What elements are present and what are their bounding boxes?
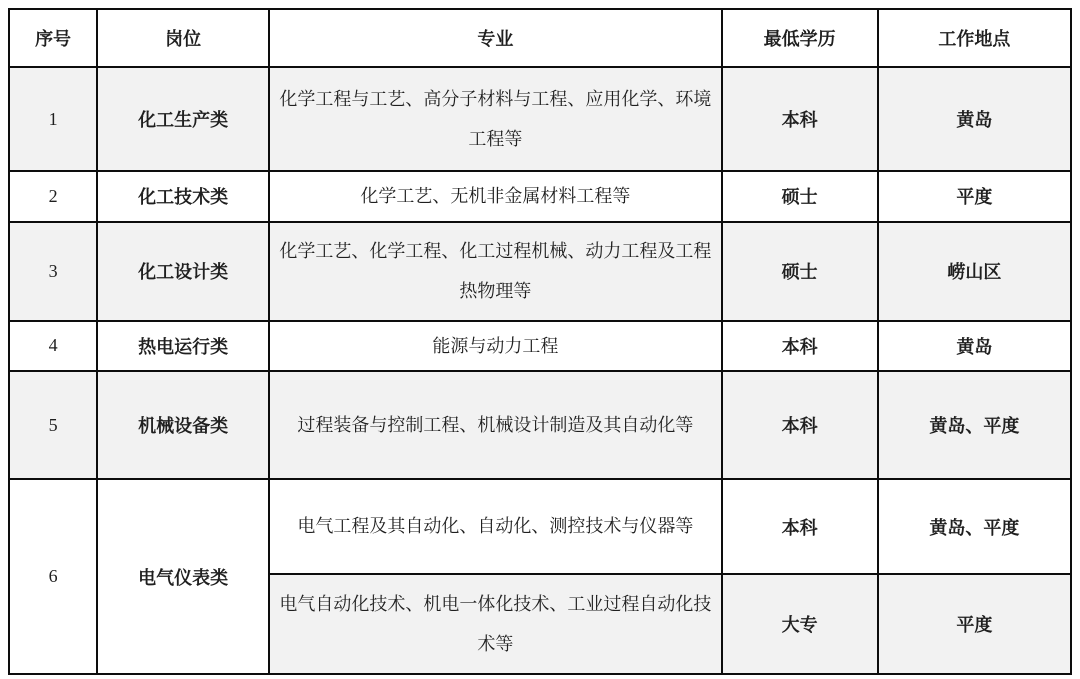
position-cell: 机械设备类 (97, 371, 269, 479)
education-cell: 硕士 (722, 222, 878, 321)
row-number: 1 (9, 67, 97, 171)
row-number: 5 (9, 371, 97, 479)
page: 序号 岗位 专业 最低学历 工作地点 1 化工生产类 化学工程与工艺、高分子材料… (0, 0, 1080, 679)
education-cell: 硕士 (722, 171, 878, 222)
major-cell: 电气工程及其自动化、自动化、测控技术与仪器等 (269, 479, 721, 574)
row-number: 4 (9, 321, 97, 372)
location-cell: 黄岛 (878, 321, 1071, 372)
recruitment-table: 序号 岗位 专业 最低学历 工作地点 1 化工生产类 化学工程与工艺、高分子材料… (8, 8, 1072, 675)
table-row: 6 电气仪表类 电气工程及其自动化、自动化、测控技术与仪器等 本科 黄岛、平度 (9, 479, 1071, 574)
location-cell: 黄岛、平度 (878, 479, 1071, 574)
major-cell: 过程装备与控制工程、机械设计制造及其自动化等 (269, 371, 721, 479)
table-row: 5 机械设备类 过程装备与控制工程、机械设计制造及其自动化等 本科 黄岛、平度 (9, 371, 1071, 479)
education-cell: 大专 (722, 574, 878, 674)
education-cell: 本科 (722, 371, 878, 479)
location-cell: 平度 (878, 574, 1071, 674)
position-cell: 化工技术类 (97, 171, 269, 222)
location-cell: 崂山区 (878, 222, 1071, 321)
major-cell: 化学工程与工艺、高分子材料与工程、应用化学、环境工程等 (269, 67, 721, 171)
major-cell: 化学工艺、无机非金属材料工程等 (269, 171, 721, 222)
table-row: 2 化工技术类 化学工艺、无机非金属材料工程等 硕士 平度 (9, 171, 1071, 222)
major-cell: 化学工艺、化学工程、化工过程机械、动力工程及工程热物理等 (269, 222, 721, 321)
table-row: 1 化工生产类 化学工程与工艺、高分子材料与工程、应用化学、环境工程等 本科 黄… (9, 67, 1071, 171)
education-cell: 本科 (722, 67, 878, 171)
row-number: 3 (9, 222, 97, 321)
location-cell: 黄岛 (878, 67, 1071, 171)
column-header-position: 岗位 (97, 9, 269, 67)
column-header-location: 工作地点 (878, 9, 1071, 67)
table-row: 4 热电运行类 能源与动力工程 本科 黄岛 (9, 321, 1071, 372)
position-cell: 化工生产类 (97, 67, 269, 171)
location-cell: 平度 (878, 171, 1071, 222)
table-row: 3 化工设计类 化学工艺、化学工程、化工过程机械、动力工程及工程热物理等 硕士 … (9, 222, 1071, 321)
column-header-no: 序号 (9, 9, 97, 67)
location-cell: 黄岛、平度 (878, 371, 1071, 479)
education-cell: 本科 (722, 479, 878, 574)
table-header-row: 序号 岗位 专业 最低学历 工作地点 (9, 9, 1071, 67)
major-cell: 电气自动化技术、机电一体化技术、工业过程自动化技术等 (269, 574, 721, 674)
position-cell: 电气仪表类 (97, 479, 269, 674)
row-number: 6 (9, 479, 97, 674)
column-header-major: 专业 (269, 9, 721, 67)
position-cell: 化工设计类 (97, 222, 269, 321)
position-cell: 热电运行类 (97, 321, 269, 372)
education-cell: 本科 (722, 321, 878, 372)
row-number: 2 (9, 171, 97, 222)
column-header-education: 最低学历 (722, 9, 878, 67)
major-cell: 能源与动力工程 (269, 321, 721, 372)
